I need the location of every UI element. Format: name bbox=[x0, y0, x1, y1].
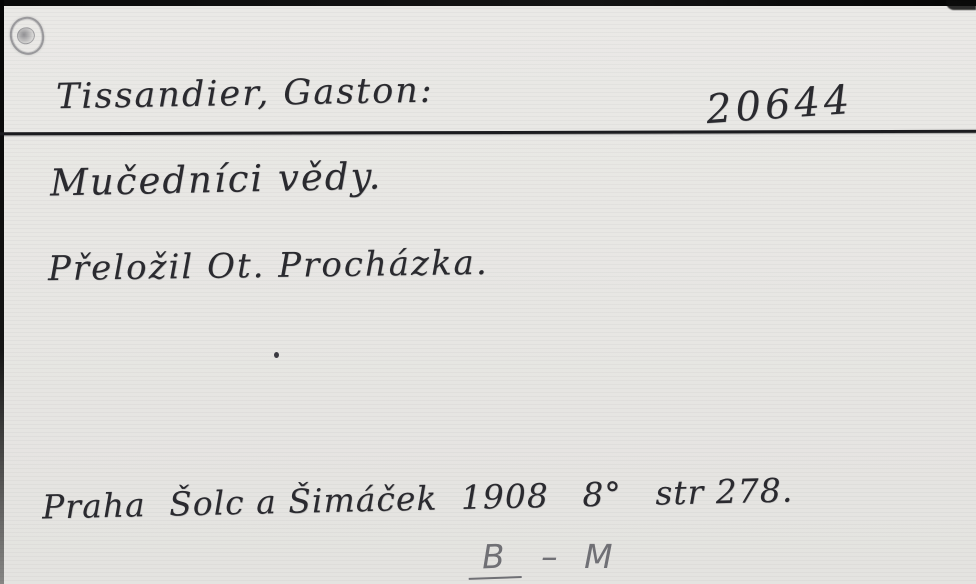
accession-number: 20644 bbox=[705, 77, 855, 133]
imprint-format: 8° bbox=[582, 474, 622, 514]
imprint-place: Praha bbox=[42, 485, 146, 526]
stray-ink-dot bbox=[274, 352, 279, 358]
title-line: Mučedníci vědy. bbox=[50, 155, 383, 205]
scan-edge-left bbox=[0, 0, 4, 584]
scan-edge-top bbox=[0, 0, 976, 6]
imprint-extent: str 278. bbox=[655, 470, 794, 512]
author-entry: Tissandier, Gaston: bbox=[56, 71, 434, 118]
header-rule bbox=[0, 130, 976, 136]
pencil-dash: – bbox=[541, 537, 564, 576]
scan-corner-smudge bbox=[946, 0, 976, 10]
embossed-seal-inner bbox=[15, 25, 37, 46]
pencil-letter-m: M bbox=[584, 537, 618, 576]
imprint-year: 1908 bbox=[460, 476, 549, 517]
imprint-line: Praha Šolc a Šimáček 1908 8° str 278. bbox=[42, 470, 794, 526]
catalog-card-scan: Tissandier, Gaston: 20644 Mučedníci vědy… bbox=[0, 0, 976, 584]
pencil-letter-b: B bbox=[467, 536, 521, 580]
embossed-seal-icon bbox=[6, 13, 48, 58]
pencil-classmark: B – M bbox=[468, 537, 619, 579]
translator-line: Přeložil Ot. Procházka. bbox=[48, 243, 489, 289]
imprint-publisher: Šolc a Šimáček bbox=[169, 479, 438, 524]
